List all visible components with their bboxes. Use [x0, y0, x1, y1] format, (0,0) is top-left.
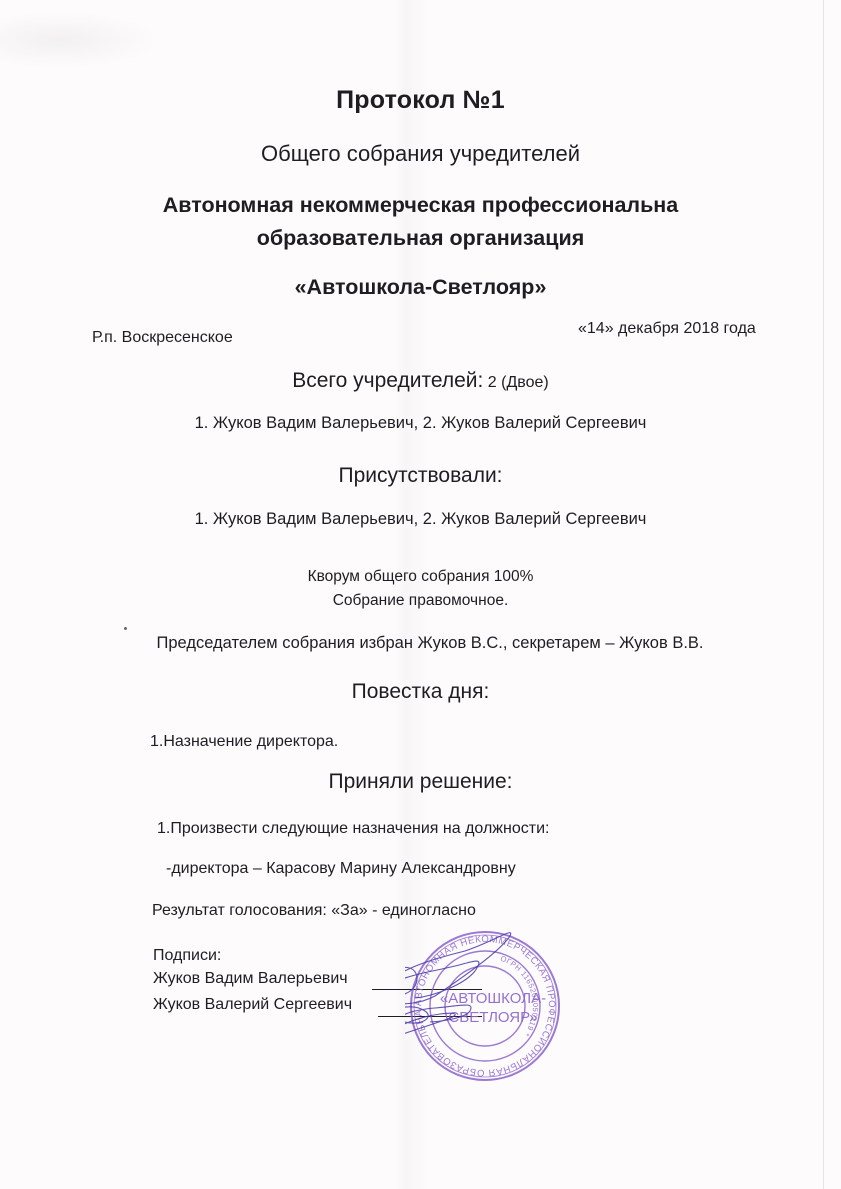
meeting-place: Р.п. Воскресенское — [92, 329, 233, 347]
quorum-text: Кворум общего собрания 100% — [0, 568, 841, 586]
founders-heading: Всего учредителей: 2 (Двое) — [0, 369, 841, 393]
organization-stamp: АВТОНОМНАЯ НЕКОММЕРЧЕСКАЯ ПРОФЕССИОНАЛЬН… — [405, 926, 565, 1086]
agenda-heading: Повестка дня: — [0, 680, 841, 704]
present-list: 1. Жуков Вадим Валерьевич, 2. Жуков Вале… — [0, 510, 841, 529]
chair-secretary-text: Председателем собрания избран Жуков В.С.… — [0, 634, 841, 653]
organization-line-2: образовательная организация — [0, 226, 841, 251]
document-subtitle: Общего собрания учредителей — [0, 141, 841, 167]
present-heading: Присутствовали: — [0, 464, 841, 488]
agenda-item: 1.Назначение директора. — [150, 733, 338, 751]
decision-heading: Приняли решение: — [0, 770, 841, 794]
founders-list: 1. Жуков Вадим Валерьевич, 2. Жуков Вале… — [0, 414, 841, 433]
stamp-center-line-1: «АВТОШКОЛА- — [440, 990, 546, 1007]
organization-line-1: Автономная некоммерческая профессиональн… — [0, 193, 841, 218]
document-title: Протокол №1 — [0, 86, 841, 115]
scan-speck — [124, 627, 127, 630]
decision-item: 1.Произвести следующие назначения на дол… — [157, 820, 549, 838]
founders-heading-label: Всего учредителей: — [292, 369, 483, 392]
decision-appointment: -директора – Карасову Марину Александров… — [166, 860, 516, 878]
meeting-date: «14» декабря 2018 года — [578, 320, 756, 338]
validity-text: Собрание правомочное. — [0, 592, 841, 610]
vote-result: Результат голосования: «За» - единогласн… — [152, 902, 476, 920]
signer-1-name: Жуков Вадим Валерьевич — [153, 970, 348, 988]
organization-name: «Автошкола-Светлояр» — [0, 275, 841, 300]
founders-count: 2 (Двое) — [483, 374, 548, 391]
signer-2-name: Жуков Валерий Сергеевич — [153, 996, 352, 1014]
stamp-center-line-2: СВЕТЛОЯР» — [448, 1009, 537, 1026]
signatures-heading: Подписи: — [153, 947, 221, 965]
